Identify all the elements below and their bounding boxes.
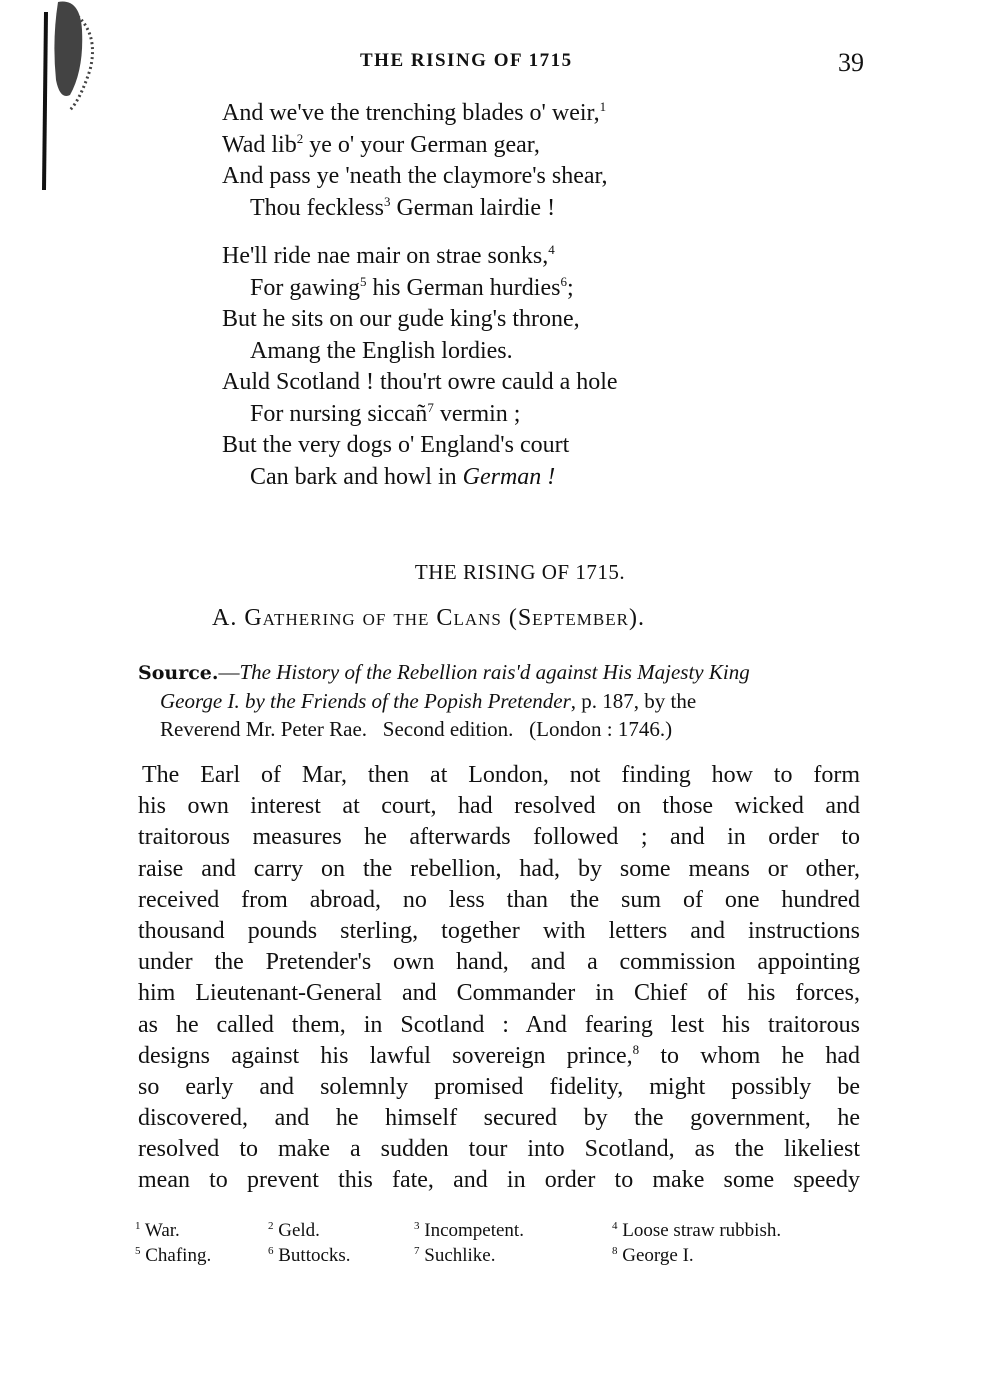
line-text: his German hurdies	[367, 275, 561, 301]
poem-line: For nursing siccañ7 vermin ;	[222, 399, 618, 431]
source-page-ref: , p. 187, by the	[571, 689, 696, 713]
body-line: so early and solemnly promised fidelity,…	[138, 1072, 860, 1103]
poem-line: And we've the trenching blades o' weir,1	[222, 98, 618, 130]
footnote-number: 8	[612, 1245, 618, 1257]
footnote: 2 Geld.	[268, 1218, 414, 1243]
poem-line: Can bark and howl in German !	[222, 462, 618, 494]
source-line: George I. by the Friends of the Popish P…	[138, 687, 863, 715]
body-paragraph: The Earl of Mar, then at London, not fin…	[138, 760, 860, 1197]
line-text: And we've the trenching blades o' weir,	[222, 100, 600, 126]
footnote-text: Buttocks.	[278, 1245, 350, 1266]
footnote-number: 4	[612, 1220, 618, 1232]
footnote-number: 2	[268, 1220, 274, 1232]
footnote-text: Incompetent.	[424, 1220, 524, 1241]
footnote-number: 5	[135, 1245, 141, 1257]
line-text-italic: German !	[463, 464, 556, 490]
footnote: 8 George I.	[612, 1243, 852, 1268]
poem-line: He'll ride nae mair on strae sonks,4	[222, 241, 618, 273]
body-line: discovered, and he himself secured by th…	[138, 1103, 860, 1134]
poem-line: For gawing5 his German hurdies6;	[222, 273, 618, 305]
line-text: Amang the English lordies.	[250, 338, 513, 364]
footnote-number: 7	[414, 1245, 420, 1257]
line-text: Can bark and howl in	[250, 464, 463, 490]
line-text: And pass ye 'neath the claymore's shear,	[222, 163, 608, 189]
body-line: thousand pounds sterling, together with …	[138, 916, 860, 947]
line-text: Auld Scotland ! thou'rt owre cauld a hol…	[222, 369, 618, 395]
page-number: 39	[838, 48, 864, 78]
poem-line: Auld Scotland ! thou'rt owre cauld a hol…	[222, 367, 618, 399]
body-line-text: designs against his lawful sovereign pri…	[138, 1043, 633, 1069]
line-text: For gawing	[250, 275, 360, 301]
book-page: THE RISING OF 1715 39 And we've the tren…	[0, 0, 1000, 1381]
footnote-number: 3	[414, 1220, 420, 1232]
body-line: mean to prevent this fate, and in order …	[138, 1165, 860, 1196]
source-label: Source.	[138, 662, 219, 684]
footnote-text: Suchlike.	[424, 1245, 495, 1266]
source-title: George I. by the Friends of the Popish P…	[160, 689, 571, 713]
source-line: Source.—The History of the Rebellion rai…	[138, 658, 863, 687]
body-line-text: to whom he had	[639, 1043, 860, 1069]
line-text: For nursing siccañ	[250, 401, 427, 427]
line-text: Wad lib	[222, 132, 297, 158]
poem-line: But the very dogs o' England's court	[222, 430, 618, 462]
footnotes: 1 War. 2 Geld. 3 Incompetent. 4 Loose st…	[135, 1218, 852, 1268]
line-text: German lairdie !	[390, 195, 555, 221]
footnote: 4 Loose straw rubbish.	[612, 1218, 852, 1243]
poem-line: And pass ye 'neath the claymore's shear,	[222, 161, 618, 193]
footnote-text: Loose straw rubbish.	[622, 1220, 781, 1241]
subsection-title: A. Gathering of the Clans (September).	[212, 605, 645, 632]
line-text: But the very dogs o' England's court	[222, 432, 569, 458]
poem-stanza: He'll ride nae mair on strae sonks,4 For…	[222, 241, 618, 493]
poem-line: Thou feckless3 German lairdie !	[222, 193, 618, 225]
footnote: 5 Chafing.	[135, 1243, 268, 1268]
poem-line: Amang the English lordies.	[222, 336, 618, 368]
body-line: as he called them, in Scotland : And fea…	[138, 1010, 860, 1041]
body-line: The Earl of Mar, then at London, not fin…	[138, 760, 860, 791]
body-line: received from abroad, no less than the s…	[138, 885, 860, 916]
source-dash: —	[219, 660, 240, 684]
running-head: THE RISING OF 1715	[360, 50, 573, 72]
footnote-text: War.	[145, 1220, 180, 1241]
body-line: resolved to make a sudden tour into Scot…	[138, 1134, 860, 1165]
source-title: The History of the Rebellion rais'd agai…	[240, 660, 750, 684]
line-text: ye o' your German gear,	[303, 132, 540, 158]
body-line: raise and carry on the rebellion, had, b…	[138, 854, 860, 885]
footnote-row: 1 War. 2 Geld. 3 Incompetent. 4 Loose st…	[135, 1218, 852, 1243]
footnote: 6 Buttocks.	[268, 1243, 414, 1268]
footnote-number: 1	[135, 1220, 141, 1232]
footnote-number: 6	[268, 1245, 274, 1257]
line-text: He'll ride nae mair on strae sonks,	[222, 243, 548, 269]
body-line: under the Pretender's own hand, and a co…	[138, 947, 860, 978]
poem: And we've the trenching blades o' weir,1…	[222, 98, 618, 493]
source-citation: Source.—The History of the Rebellion rai…	[138, 658, 863, 743]
poem-line: But he sits on our gude king's throne,	[222, 304, 618, 336]
footnote: 7 Suchlike.	[414, 1243, 612, 1268]
body-line: him Lieutenant-General and Commander in …	[138, 978, 860, 1009]
footnote-text: George I.	[622, 1245, 693, 1266]
poem-stanza: And we've the trenching blades o' weir,1…	[222, 98, 618, 224]
footnote: 1 War.	[135, 1218, 268, 1243]
poem-line: Wad lib2 ye o' your German gear,	[222, 130, 618, 162]
source-author-edition: Reverend Mr. Peter Rae. Second edition. …	[160, 717, 672, 741]
footnote-text: Chafing.	[145, 1245, 211, 1266]
footnote-text: Geld.	[278, 1220, 320, 1241]
scan-artifact-mark	[40, 0, 110, 200]
body-line: designs against his lawful sovereign pri…	[138, 1041, 860, 1072]
line-text: vermin ;	[434, 401, 521, 427]
footnote-ref: 4	[548, 242, 555, 257]
line-text: Thou feckless	[250, 195, 384, 221]
section-title: THE RISING OF 1715.	[0, 560, 1000, 585]
footnote: 3 Incompetent.	[414, 1218, 612, 1243]
source-line: Reverend Mr. Peter Rae. Second edition. …	[138, 715, 863, 743]
line-text: But he sits on our gude king's throne,	[222, 306, 580, 332]
body-line: his own interest at court, had resolved …	[138, 791, 860, 822]
body-line: traitorous measures he afterwards follow…	[138, 822, 860, 853]
footnote-ref: 1	[600, 99, 607, 114]
line-text: ;	[567, 275, 574, 301]
footnote-row: 5 Chafing. 6 Buttocks. 7 Suchlike. 8 Geo…	[135, 1243, 852, 1268]
